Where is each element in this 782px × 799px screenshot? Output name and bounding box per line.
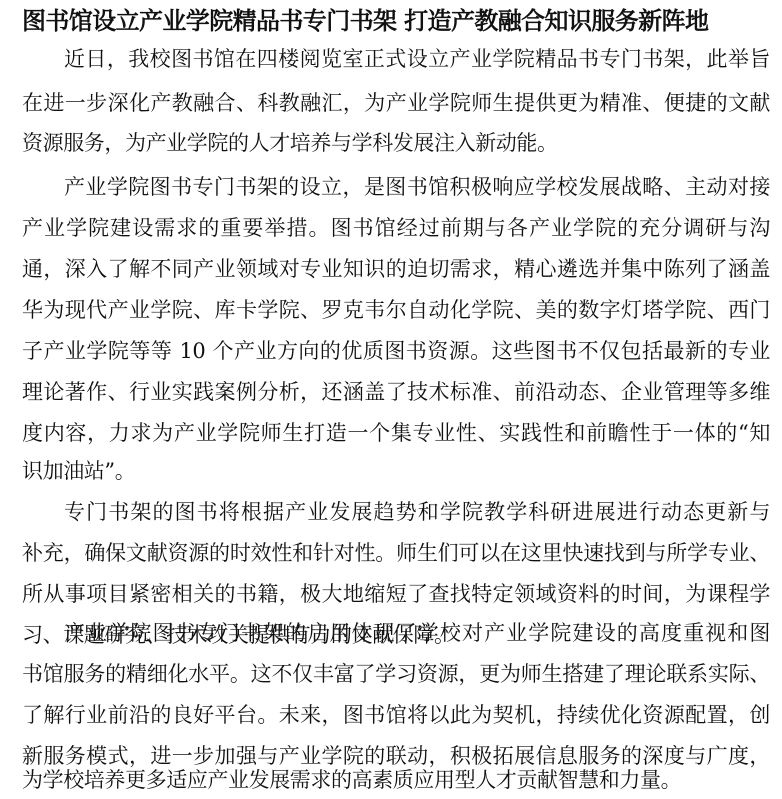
text-line: 产业学院建设需求的重要举措。图书馆经过前期与各产业学院的充分调研与沟 — [22, 213, 770, 243]
text-line: 书馆服务的精细化水平。这不仅丰富了学习资源，更为师生搭建了理论联系实际、 — [22, 659, 770, 689]
text-line: 近日，我校图书馆在四楼阅览室正式设立产业学院精品书专门书架，此举旨 — [64, 44, 770, 74]
text-line: 理论著作、行业实践案例分析，还涵盖了技术标准、前沿动态、企业管理等多维 — [22, 377, 770, 407]
text-line: 在进一步深化产教融合、科教融汇，为产业学院师生提供更为精准、便捷的文献 — [22, 88, 770, 118]
text-line: 专门书架的图书将根据产业发展趋势和学院教学科研进展进行动态更新与 — [64, 497, 770, 527]
text-line: 通，深入了解不同产业领域对专业知识的迫切需求，精心遴选并集中陈列了涵盖 — [22, 254, 770, 284]
text-line: 了解行业前沿的良好平台。未来，图书馆将以此为契机，持续优化资源配置，创 — [22, 700, 770, 730]
article-title: 图书馆设立产业学院精品书专门书架 打造产教融合知识服务新阵地 — [22, 4, 772, 38]
text-line: 所从事项目紧密相关的书籍，极大地缩短了查找特定领域资料的时间，为课程学 — [22, 579, 770, 609]
text-line: 度内容，力求为产业学院师生打造一个集专业性、实践性和前瞻性于一体的“知 — [22, 418, 770, 448]
text-line: 华为现代产业学院、库卡学院、罗克韦尔自动化学院、美的数字灯塔学院、西门 — [22, 295, 770, 325]
text-line: 子产业学院等等 10 个产业方向的优质图书资源。这些图书不仅包括最新的专业 — [22, 336, 770, 366]
text-line: 资源服务，为产业学院的人才培养与学科发展注入新动能。 — [22, 128, 770, 158]
text-line: 产业学院图书专门书架的启用体现了学校对产业学院建设的高度重视和图 — [64, 618, 770, 648]
text-line: 识加油站”。 — [22, 456, 770, 486]
text-line: 为学校培养更多适应产业发展需求的高素质应用型人才贡献智慧和力量。 — [22, 765, 770, 795]
text-line: 补充，确保文献资源的时效性和针对性。师生们可以在这里快速找到与所学专业、 — [22, 538, 770, 568]
text-line: 产业学院图书专门书架的设立，是图书馆积极响应学校发展战略、主动对接 — [64, 172, 770, 202]
